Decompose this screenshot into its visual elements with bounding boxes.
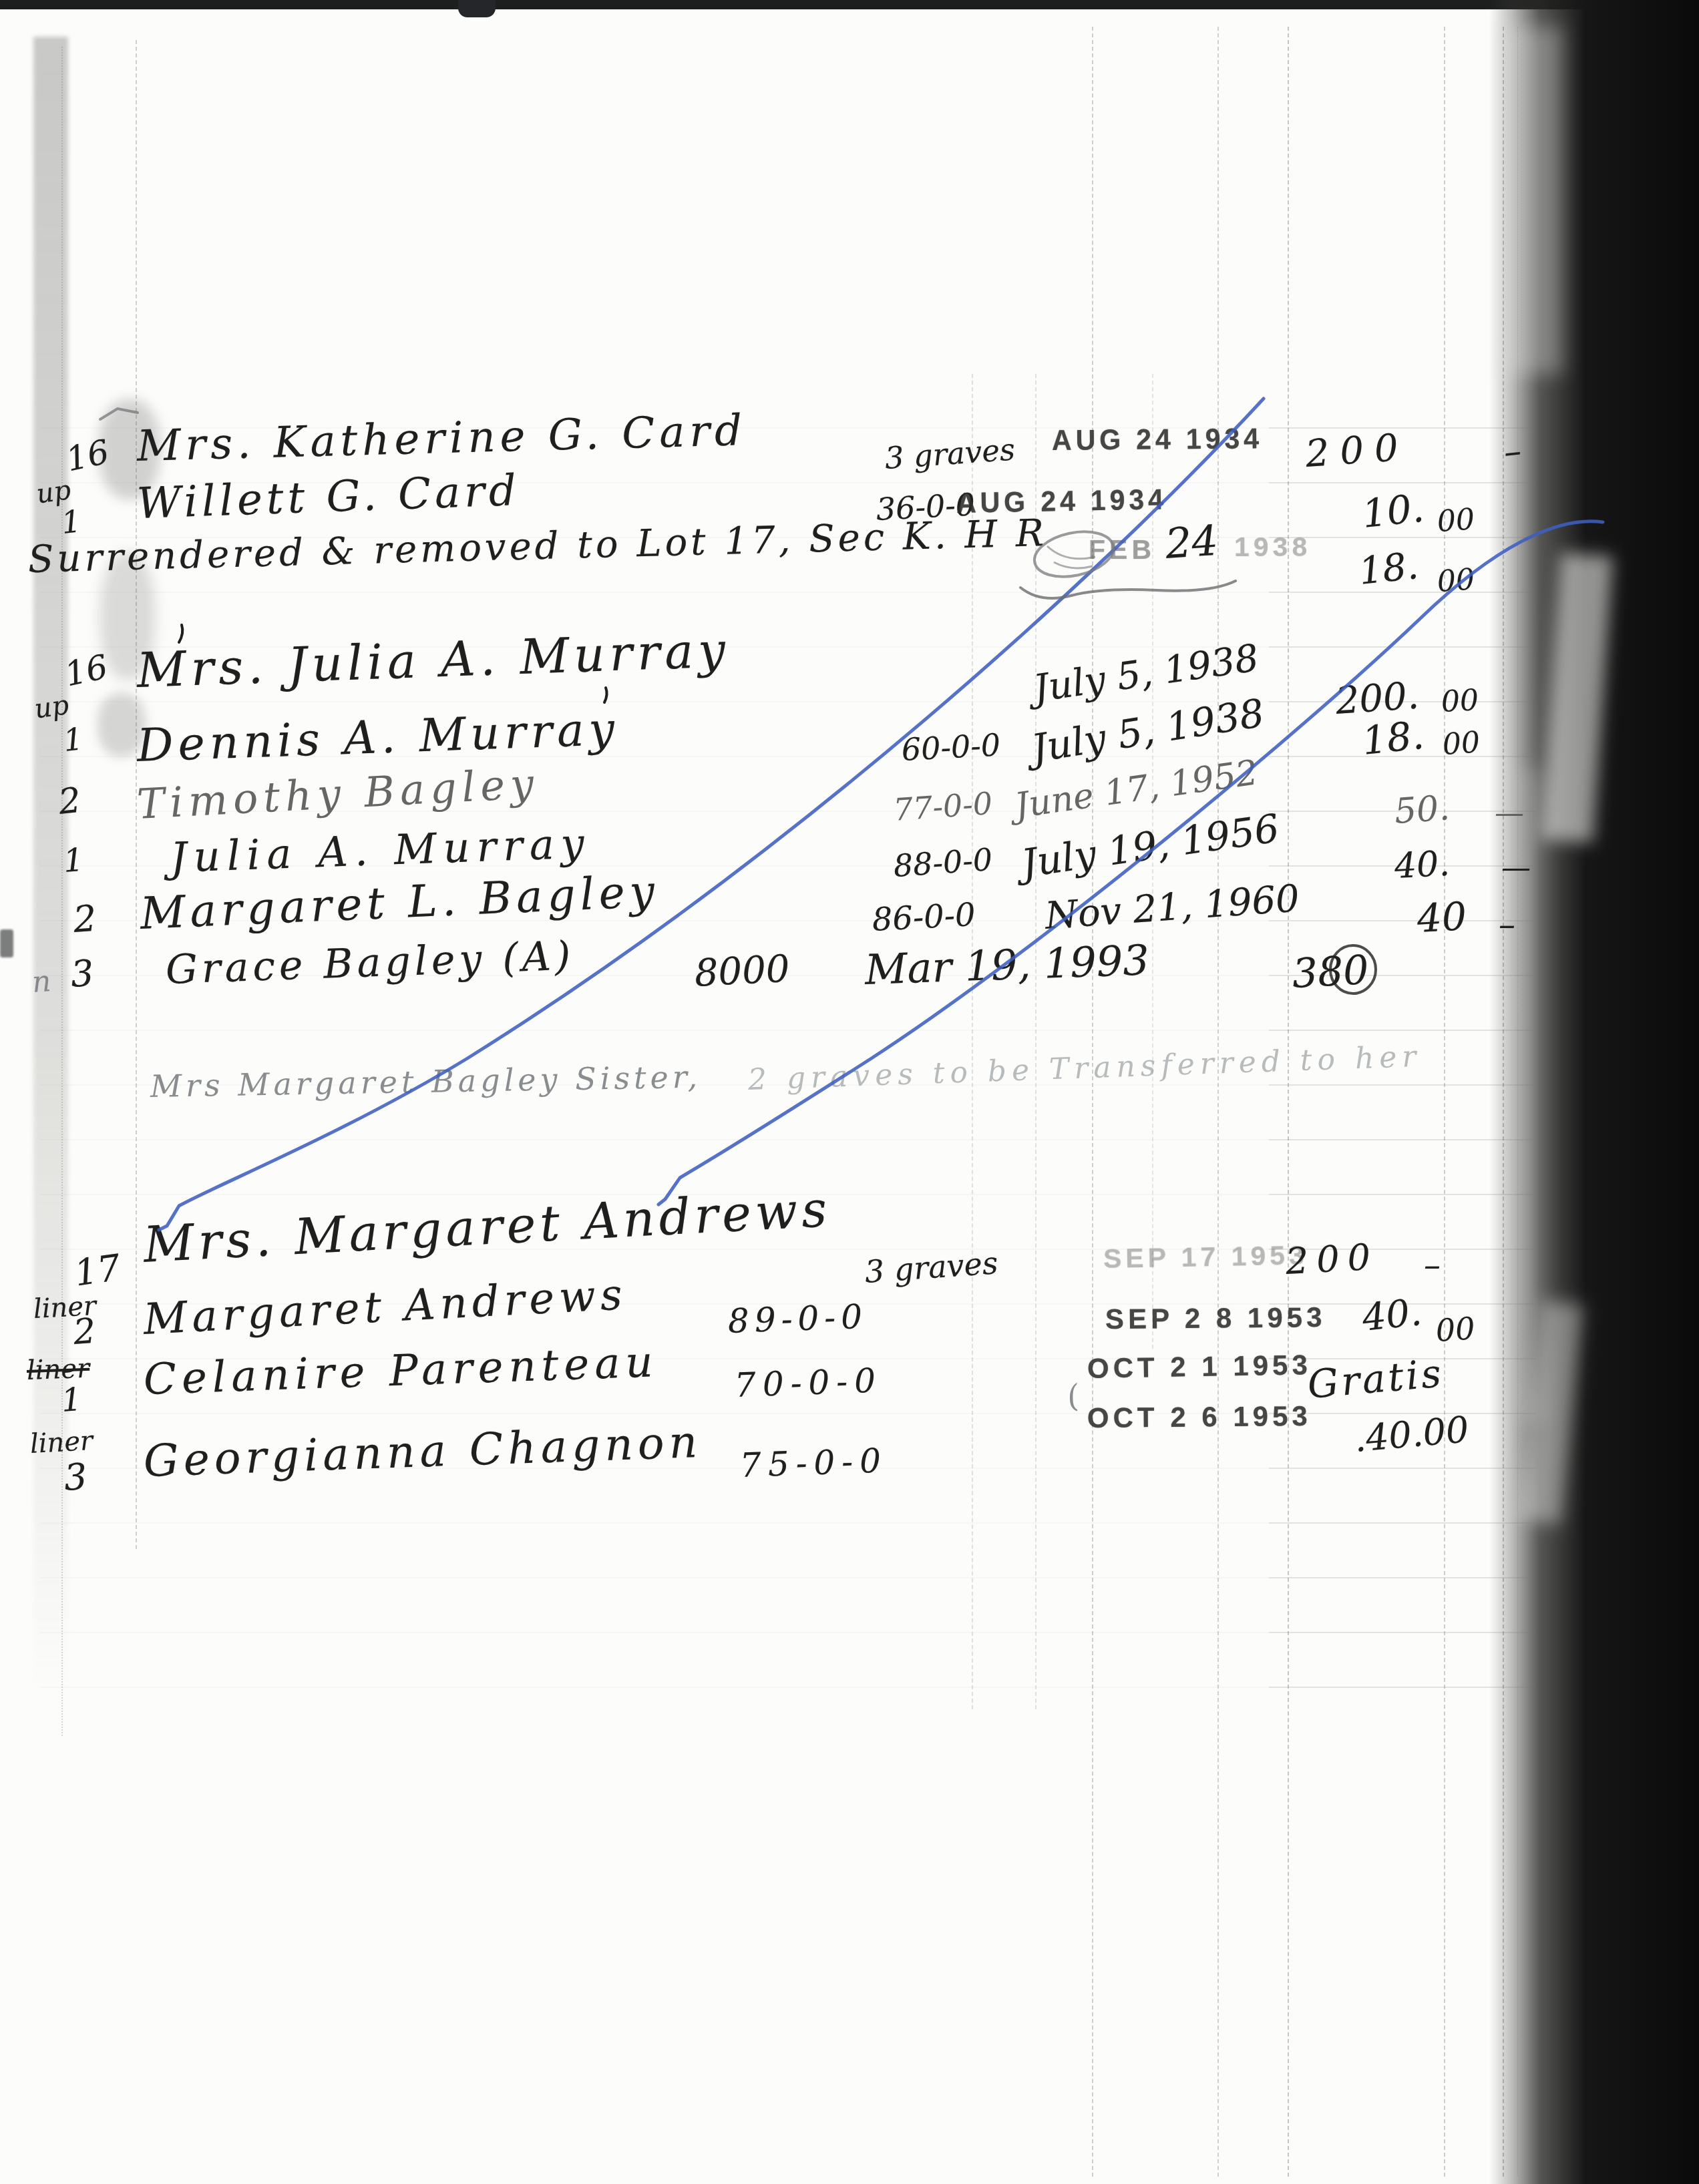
margin-grave-count: 1 bbox=[60, 1381, 83, 1419]
date-stamp: AUG 24 1934 bbox=[1052, 423, 1263, 457]
margin-pencil-mark: n bbox=[31, 964, 52, 1000]
pencil-check-over-16 bbox=[100, 409, 138, 419]
amount-cents: 00 bbox=[1441, 683, 1480, 719]
margin-grave-count: 1 bbox=[61, 720, 85, 758]
date-stamp-year: 1938 bbox=[1234, 531, 1311, 563]
amount-cents: 00 bbox=[1441, 725, 1481, 762]
rule-vertical-c8a bbox=[1503, 27, 1504, 2177]
margin-lot-number: 16 bbox=[63, 432, 112, 479]
entry-name: Georgianna Chagnon bbox=[143, 1416, 703, 1487]
edge-mark bbox=[0, 929, 13, 957]
amount-cents: 00 bbox=[1436, 562, 1475, 599]
amount: 18. bbox=[1357, 544, 1421, 594]
entry-name: Mrs. Margaret Andrews bbox=[142, 1180, 832, 1274]
amount: 200 bbox=[1304, 425, 1410, 476]
margin-grave-count: 2 bbox=[72, 897, 98, 941]
rule-vertical-c2 bbox=[1035, 374, 1036, 1709]
plot-number: 75-0-0 bbox=[739, 1441, 888, 1485]
pen-tick-1 bbox=[179, 625, 182, 642]
amount-dash: — bbox=[1501, 851, 1531, 885]
rule-vertical-c7 bbox=[1444, 27, 1445, 2177]
right-scan-band bbox=[1489, 0, 1699, 2184]
entry-name: Margaret Andrews bbox=[142, 1270, 628, 1345]
entry-quantity: 3 graves bbox=[884, 431, 1016, 475]
entry-name: Mrs. Katherine G. Card bbox=[136, 406, 747, 471]
pencil-paren-mark: ( bbox=[1063, 1377, 1083, 1415]
amount: 380 bbox=[1291, 947, 1370, 998]
margin-grave-count: 1 bbox=[62, 841, 85, 880]
amount: 40. bbox=[1360, 1291, 1424, 1340]
plot-number: 77-0-0 bbox=[892, 785, 994, 828]
amount-dash: – bbox=[1424, 1246, 1441, 1285]
pencil-note-continued: 2 graves to be Transferred to her bbox=[747, 1040, 1422, 1097]
band-gray-soft-top bbox=[1503, 27, 1563, 374]
rule-vertical-c1 bbox=[972, 374, 973, 1709]
date-stamp-day-overwrite: 24 bbox=[1163, 516, 1219, 568]
entry-name: Mrs. Julia A. Murray bbox=[136, 622, 731, 698]
band-white-streak-1 bbox=[1541, 553, 1613, 843]
date-stamp: OCT 2 1 1953 bbox=[1087, 1349, 1312, 1385]
scanned-ledger-page: 16 up 1 Mrs. Katherine G. Card 3 graves … bbox=[0, 0, 1699, 2184]
amount: 40. bbox=[1393, 844, 1451, 887]
plot-number: 60-0-0 bbox=[901, 726, 1002, 768]
band-white-streak-2 bbox=[1519, 1301, 1583, 1524]
entry-name: Willett G. Card bbox=[136, 466, 521, 529]
pencil-signature bbox=[1020, 581, 1236, 598]
scan-top-blob bbox=[458, 0, 496, 17]
amount: 50. bbox=[1393, 788, 1451, 832]
amount: 18. bbox=[1360, 712, 1426, 764]
entry-name: Celanire Parenteau bbox=[143, 1337, 659, 1405]
pencil-note: Mrs Margaret Bagley Sister, bbox=[150, 1059, 702, 1104]
date-stamp-month: FEB bbox=[1089, 534, 1155, 566]
margin-grave-count: 3 bbox=[63, 1456, 89, 1499]
amount: .40.00 bbox=[1352, 1408, 1471, 1460]
plot-number: 88-0-0 bbox=[892, 841, 994, 884]
date-stamp: SEP 2 8 1953 bbox=[1105, 1301, 1326, 1335]
amount-cents: 00 bbox=[1436, 502, 1475, 539]
scan-top-edge bbox=[0, 0, 1699, 9]
entry-date: Nov 21, 1960 bbox=[1044, 877, 1301, 937]
entry-name: Grace Bagley (A) bbox=[165, 933, 576, 994]
entry-quantity: 3 graves bbox=[864, 1245, 999, 1290]
amount: 10. bbox=[1360, 485, 1426, 537]
margin-grave-count: 2 bbox=[72, 1311, 97, 1353]
date-stamp: OCT 2 6 1953 bbox=[1087, 1400, 1312, 1434]
margin-grave-count: 3 bbox=[69, 952, 96, 996]
plot-number: 86-0-0 bbox=[872, 896, 976, 939]
amount-dash: – bbox=[1499, 905, 1515, 944]
rule-vertical-c3 bbox=[1092, 27, 1093, 2177]
margin-lot-number: 16 bbox=[61, 647, 111, 694]
amount-dash: – bbox=[1502, 431, 1523, 472]
entry-date: Mar 19, 1993 bbox=[864, 935, 1150, 994]
margin-liner-note: liner bbox=[29, 1426, 93, 1460]
margin-up-note: up bbox=[33, 690, 71, 725]
margin-lot-number: 17 bbox=[72, 1247, 124, 1295]
amount-cents: 00 bbox=[1435, 1310, 1476, 1349]
entry-name: Dennis A. Murray bbox=[136, 703, 620, 773]
rule-vertical-left-inner bbox=[61, 47, 63, 1736]
amount-gratis: Gratis bbox=[1306, 1350, 1445, 1407]
margin-grave-count: 1 bbox=[59, 503, 83, 541]
margin-grave-count: 2 bbox=[57, 781, 83, 823]
plot-number: 89-0-0 bbox=[727, 1297, 868, 1341]
interment-number: 8000 bbox=[693, 947, 791, 996]
amount: 200 bbox=[1284, 1236, 1379, 1283]
pen-tick-2 bbox=[604, 688, 607, 702]
date-stamp: SEP 17 1953 bbox=[1103, 1240, 1309, 1275]
amount: 40 bbox=[1416, 893, 1467, 941]
amount-dash: — bbox=[1495, 796, 1524, 830]
plot-number: 70-0-0 bbox=[734, 1361, 883, 1405]
rule-vertical-c5 bbox=[1217, 27, 1219, 2177]
rule-vertical-c8b bbox=[1517, 27, 1518, 2177]
rule-vertical-c6 bbox=[1288, 27, 1289, 2177]
